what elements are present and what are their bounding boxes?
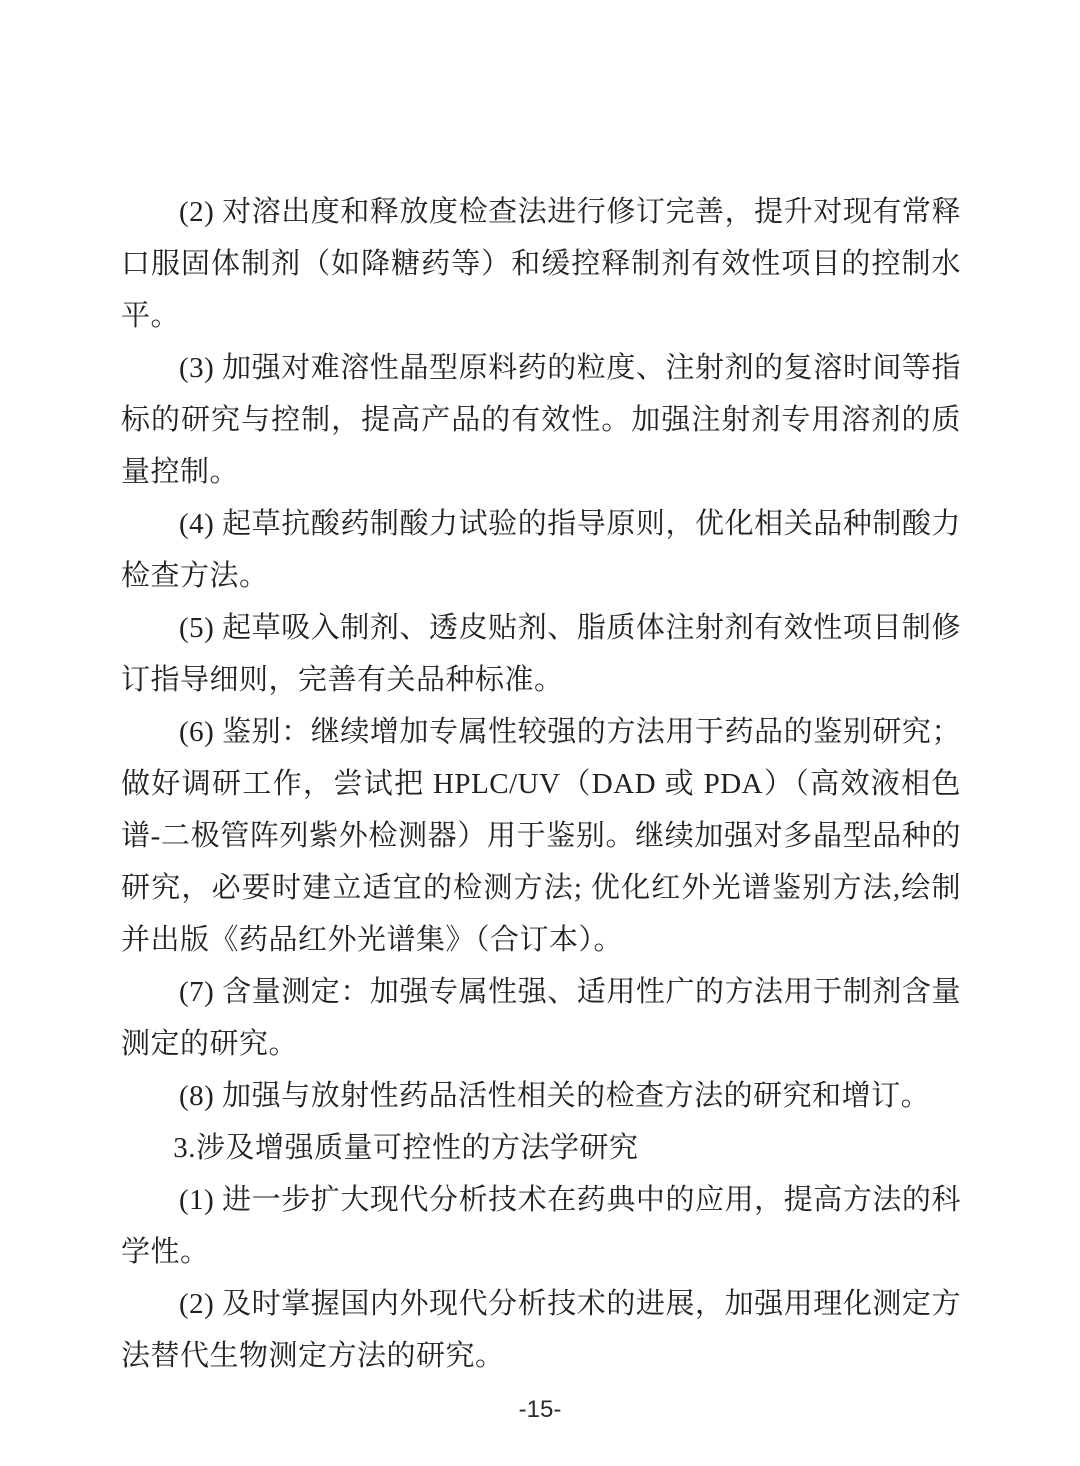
- section-heading: 3.涉及增强质量可控性的方法学研究: [121, 1122, 961, 1174]
- paragraph: (1) 进一步扩大现代分析技术在药典中的应用，提高方法的科学性。: [121, 1174, 961, 1278]
- paragraph: (7) 含量测定：加强专属性强、适用性广的方法用于制剂含量测定的研究。: [121, 966, 961, 1070]
- paragraph: (8) 加强与放射性药品活性相关的检查方法的研究和增订。: [121, 1070, 961, 1122]
- paragraph: (4) 起草抗酸药制酸力试验的指导原则，优化相关品种制酸力检查方法。: [121, 498, 961, 602]
- page-footer: -15-: [0, 1396, 1080, 1424]
- paragraph: (3) 加强对难溶性晶型原料药的粒度、注射剂的复溶时间等指标的研究与控制，提高产…: [121, 342, 961, 498]
- document-body: (2) 对溶出度和释放度检查法进行修订完善，提升对现有常释口服固体制剂（如降糖药…: [121, 186, 961, 1382]
- paragraph: (6) 鉴别：继续增加专属性较强的方法用于药品的鉴别研究；做好调研工作，尝试把 …: [121, 706, 961, 966]
- paragraph: (2) 及时掌握国内外现代分析技术的进展，加强用理化测定方法替代生物测定方法的研…: [121, 1278, 961, 1382]
- document-page: (2) 对溶出度和释放度检查法进行修订完善，提升对现有常释口服固体制剂（如降糖药…: [0, 0, 1080, 1466]
- paragraph: (5) 起草吸入制剂、透皮贴剂、脂质体注射剂有效性项目制修订指导细则，完善有关品…: [121, 602, 961, 706]
- paragraph: (2) 对溶出度和释放度检查法进行修订完善，提升对现有常释口服固体制剂（如降糖药…: [121, 186, 961, 342]
- page-number: -15-: [519, 1396, 562, 1423]
